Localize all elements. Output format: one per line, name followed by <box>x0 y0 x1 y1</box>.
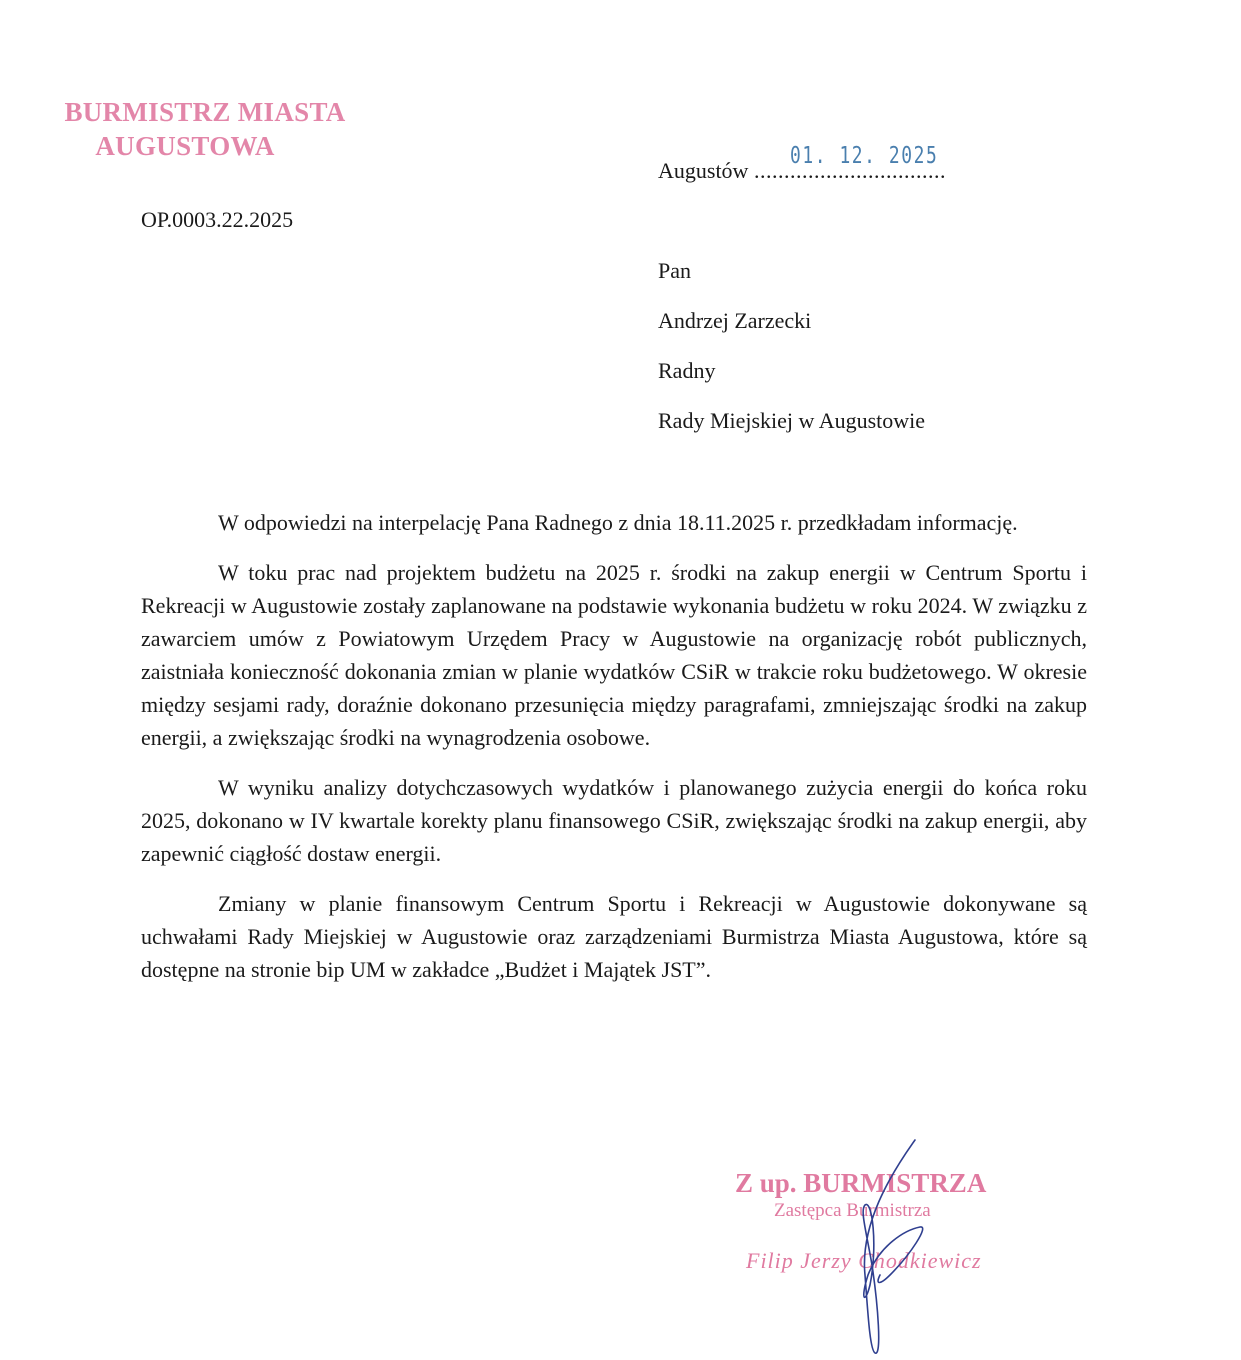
addressee-line-1: Pan <box>658 258 691 284</box>
date-dots: ................................ <box>754 158 946 183</box>
paragraph-4: Zmiany w planie finansowym Centrum Sport… <box>141 887 1087 986</box>
paragraph-1: W odpowiedzi na interpelację Pana Radneg… <box>141 506 1087 539</box>
place-name: Augustów <box>658 158 748 183</box>
addressee-line-2: Andrzej Zarzecki <box>658 308 811 334</box>
addressee-line-4: Rady Miejskiej w Augustowie <box>658 408 925 434</box>
place-date-line: Augustów ...............................… <box>658 158 946 184</box>
paragraph-2: W toku prac nad projektem budżetu na 202… <box>141 556 1087 754</box>
paragraph-3: W wyniku analizy dotychczasowych wydatkó… <box>141 771 1087 870</box>
stamp-line-2: AUGUSTOWA <box>20 129 350 163</box>
handwritten-signature-icon <box>820 1135 940 1360</box>
reference-number: OP.0003.22.2025 <box>141 207 293 233</box>
stamp-line-1: BURMISTRZ MIASTA <box>60 95 350 129</box>
addressee-line-3: Radny <box>658 358 715 384</box>
mayor-header-stamp: BURMISTRZ MIASTA AUGUSTOWA <box>70 95 350 163</box>
letter-body: W odpowiedzi na interpelację Pana Radneg… <box>141 506 1087 986</box>
